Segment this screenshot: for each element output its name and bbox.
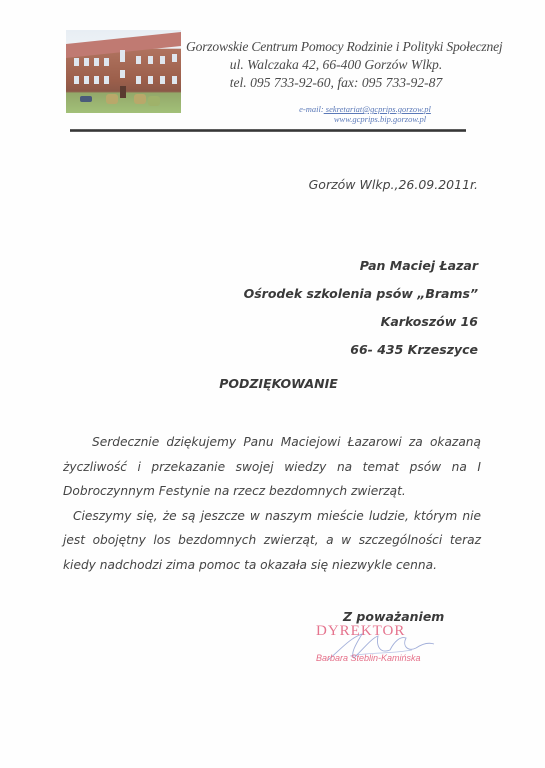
- letter-date: Gorzów Wlkp.,26.09.2011r.: [309, 177, 478, 192]
- recipient-city: 66- 435 Krzeszyce: [244, 336, 478, 364]
- letter-title: PODZIĘKOWANIE: [0, 376, 545, 391]
- letter-page: Gorzowskie Centrum Pomocy Rodzinie i Pol…: [0, 0, 545, 768]
- email-link[interactable]: sekretariat@gcprips.gorzow.pl: [324, 104, 431, 114]
- organization-name: Gorzowskie Centrum Pomocy Rodzinie i Pol…: [186, 38, 486, 56]
- organization-phone-fax: tel. 095 733-92-60, fax: 095 733-92-87: [186, 74, 486, 92]
- body-paragraph-1: Serdecznie dziękujemy Panu Maciejowi Łaz…: [63, 430, 481, 504]
- recipient-organization: Ośrodek szkolenia psów „Brams”: [244, 280, 478, 308]
- recipient-block: Pan Maciej Łazar Ośrodek szkolenia psów …: [244, 252, 478, 364]
- letter-body: Serdecznie dziękujemy Panu Maciejowi Łaz…: [63, 430, 481, 577]
- building-photo: [66, 30, 181, 113]
- organization-address: ul. Walczaka 42, 66-400 Gorzów Wlkp.: [186, 56, 486, 74]
- body-paragraph-2: Cieszymy się, że są jeszcze w naszym mie…: [63, 504, 481, 578]
- stamp-name: Barbara Steblin-Kamińska: [316, 653, 421, 663]
- letterhead-divider: [70, 129, 466, 132]
- letterhead-text: Gorzowskie Centrum Pomocy Rodzinie i Pol…: [186, 38, 486, 92]
- website-link[interactable]: www.gcprips.bip.gorzow.pl: [334, 114, 426, 124]
- email-label: e-mail:: [299, 104, 324, 114]
- recipient-street: Karkoszów 16: [244, 308, 478, 336]
- closing-salutation: Z poważaniem: [343, 609, 444, 624]
- letterhead-contact: e-mail: sekretariat@gcprips.gorzow.pl ww…: [250, 104, 480, 124]
- recipient-name: Pan Maciej Łazar: [244, 252, 478, 280]
